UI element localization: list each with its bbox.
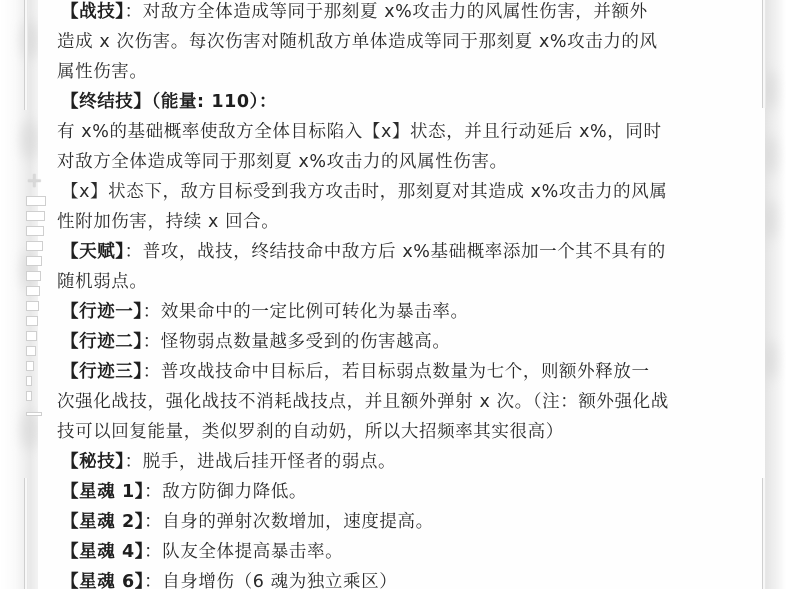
left-scroll-line-bottom	[24, 478, 28, 589]
zoom-tick[interactable]	[26, 391, 32, 401]
line-text: ：效果命中的一定比例可转化为暴击率。	[143, 302, 469, 322]
line-text: ：自身的弹射次数增加，速度提高。	[144, 512, 434, 532]
zoom-tick[interactable]	[26, 256, 42, 266]
line-text: 有 x%的基础概率使敌方全体目标陷入【x】状态，并且行动延后 x%，同时	[57, 122, 662, 142]
gutter-shadow	[22, 120, 38, 160]
left-scroll-line-top	[24, 0, 28, 110]
line-text: 对敌方全体造成等同于那刻夏 x%攻击力的风属性伤害。	[57, 152, 508, 172]
line-text: ：怪物弱点数量越多受到的伤害越高。	[143, 332, 451, 352]
line-text: 技可以回复能量，类似罗刹的自动奶，所以大招频率其实很高）	[57, 422, 564, 442]
section-tag: 【天赋】	[61, 242, 125, 262]
zoom-tick[interactable]	[26, 286, 40, 296]
text-line: 随机弱点。	[57, 267, 737, 297]
text-line: 【天赋】：普攻，战技，终结技命中敌方后 x%基础概率添加一个其不具有的	[57, 237, 737, 267]
zoom-tick[interactable]	[26, 226, 44, 236]
right-scroll-line-bottom	[762, 478, 766, 589]
line-text: 造成 x 次伤害。每次伤害对随机敌方单体造成等同于那刻夏 x%攻击力的风	[57, 32, 658, 52]
section-tag: 【终结技】	[61, 92, 152, 112]
line-text: ：对敌方全体造成等同于那刻夏 x%攻击力的风属性伤害，并额外	[125, 2, 648, 22]
text-line: 【星魂 2】：自身的弹射次数增加，速度提高。	[57, 507, 737, 537]
line-text: ：普攻，战技，终结技命中敌方后 x%基础概率添加一个其不具有的	[125, 242, 666, 262]
text-line: 【星魂 6】：自身增伤（6 魂为独立乘区）	[57, 567, 737, 589]
line-text: 随机弱点。	[57, 272, 148, 292]
line-text: 属性伤害。	[57, 62, 148, 82]
text-line: 次强化战技，强化战技不消耗战技点，并且额外弹射 x 次。（注：额外强化战	[57, 387, 737, 417]
section-tag: 【星魂 1】	[61, 482, 144, 502]
section-tag: 【星魂 4】	[61, 542, 144, 562]
section-tag: 【星魂 6】	[61, 572, 144, 589]
text-line: 【行迹三】：普攻战技命中目标后，若目标弱点数量为七个，则额外释放一	[57, 357, 737, 387]
line-text: 性附加伤害，持续 x 回合。	[57, 212, 279, 232]
zoom-tick[interactable]	[26, 376, 32, 386]
line-text: ：队友全体提高暴击率。	[144, 542, 343, 562]
text-line: 【战技】：对敌方全体造成等同于那刻夏 x%攻击力的风属性伤害，并额外	[57, 0, 737, 27]
section-tag: 【行迹二】	[61, 332, 143, 352]
text-line: 【星魂 1】：敌方防御力降低。	[57, 477, 737, 507]
line-text: ：普攻战技命中目标后，若目标弱点数量为七个，则额外释放一	[143, 362, 650, 382]
right-scroll-line-top	[762, 0, 766, 108]
zoom-tick[interactable]	[26, 361, 34, 371]
text-line: 【x】状态下，敌方目标受到我方攻击时，那刻夏对其造成 x%攻击力的风属	[57, 177, 737, 207]
text-line: 属性伤害。	[57, 57, 737, 87]
gutter-shadow	[22, 410, 38, 450]
zoom-tick[interactable]	[26, 241, 43, 251]
zoom-tick[interactable]	[26, 331, 37, 341]
text-line: 对敌方全体造成等同于那刻夏 x%攻击力的风属性伤害。	[57, 147, 737, 177]
document-viewer: + 【战技】：对敌方全体造成等同于那刻夏 x%攻击力的风属性伤害，并额外 造成 …	[0, 0, 786, 589]
section-tag: 【星魂 2】	[61, 512, 144, 532]
document-body: 【战技】：对敌方全体造成等同于那刻夏 x%攻击力的风属性伤害，并额外 造成 x …	[57, 0, 737, 589]
section-tag: 【战技】	[61, 2, 125, 22]
text-line: 技可以回复能量，类似罗刹的自动奶，所以大招频率其实很高）	[57, 417, 737, 447]
zoom-tick[interactable]	[26, 301, 39, 311]
line-text: 次强化战技，强化战技不消耗战技点，并且额外弹射 x 次。（注：额外强化战	[57, 392, 669, 412]
text-line: 【行迹二】：怪物弱点数量越多受到的伤害越高。	[57, 327, 737, 357]
text-line: 有 x%的基础概率使敌方全体目标陷入【x】状态，并且行动延后 x%，同时	[57, 117, 737, 147]
line-text: ：自身增伤（6 魂为独立乘区）	[144, 572, 397, 589]
section-tag: 【行迹三】	[61, 362, 143, 382]
text-line: 性附加伤害，持续 x 回合。	[57, 207, 737, 237]
section-tag: 【秘技】	[61, 452, 125, 472]
zoom-out-icon[interactable]	[26, 412, 42, 416]
zoom-tick[interactable]	[26, 316, 38, 326]
line-text: （能量: 110）：	[152, 92, 278, 112]
line-text: ：脱手，进战后挂开怪者的弱点。	[125, 452, 397, 472]
zoom-tick[interactable]	[26, 196, 46, 206]
section-tag: 【行迹一】	[61, 302, 143, 322]
text-line: 【终结技】（能量: 110）：	[57, 87, 737, 117]
line-text: 【x】状态下，敌方目标受到我方攻击时，那刻夏对其造成 x%攻击力的风属	[61, 182, 667, 202]
text-line: 【星魂 4】：队友全体提高暴击率。	[57, 537, 737, 567]
zoom-tick[interactable]	[26, 346, 36, 356]
text-line: 造成 x 次伤害。每次伤害对随机敌方单体造成等同于那刻夏 x%攻击力的风	[57, 27, 737, 57]
line-text: ：敌方防御力降低。	[144, 482, 307, 502]
zoom-in-icon[interactable]: +	[26, 172, 42, 188]
text-line: 【秘技】：脱手，进战后挂开怪者的弱点。	[57, 447, 737, 477]
text-line: 【行迹一】：效果命中的一定比例可转化为暴击率。	[57, 297, 737, 327]
zoom-tick[interactable]	[26, 271, 41, 281]
zoom-tick[interactable]	[26, 211, 45, 221]
